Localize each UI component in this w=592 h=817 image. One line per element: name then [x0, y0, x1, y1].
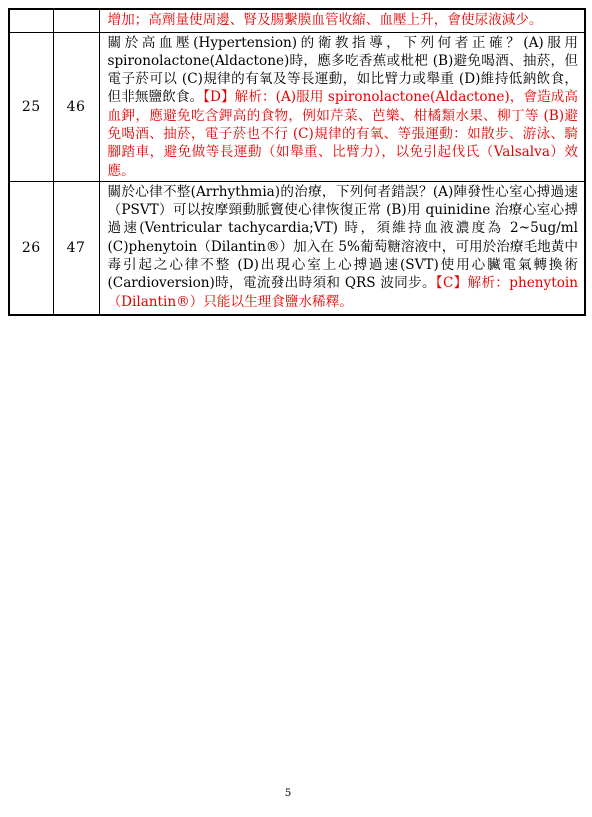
item-number-cell: 25: [9, 32, 53, 181]
question-content-cell: 關於心律不整(Arrhythmia)的治療，下列何者錯誤？(A)陣發性心室心搏過…: [99, 181, 585, 315]
answer-explanation-text: 增加；高劑量使周邊、腎及腸繫膜血管收縮、血壓上升，會使尿液減少。: [108, 12, 543, 28]
question-number-cell: 47: [53, 181, 99, 315]
table-row-q26: 26 47 關於心律不整(Arrhythmia)的治療，下列何者錯誤？(A)陣發…: [9, 181, 585, 315]
document-page: 增加；高劑量使周邊、腎及腸繫膜血管收縮、血壓上升，會使尿液減少。 25 46 關…: [0, 0, 592, 817]
table-row-carryover: 增加；高劑量使周邊、腎及腸繫膜血管收縮、血壓上升，會使尿液減少。: [9, 9, 585, 32]
question-table: 增加；高劑量使周邊、腎及腸繫膜血管收縮、血壓上升，會使尿液減少。 25 46 關…: [8, 8, 586, 316]
item-number-cell: [9, 9, 53, 32]
question-number-cell: 46: [53, 32, 99, 181]
question-content-cell: 增加；高劑量使周邊、腎及腸繫膜血管收縮、血壓上升，會使尿液減少。: [99, 9, 585, 32]
page-number: 5: [0, 788, 576, 799]
question-number-cell: [53, 9, 99, 32]
question-content-cell: 關於高血壓(Hypertension)的衛教指導，下列何者正確？(A)服用 sp…: [99, 32, 585, 181]
item-number-cell: 26: [9, 181, 53, 315]
table-row-q25: 25 46 關於高血壓(Hypertension)的衛教指導，下列何者正確？(A…: [9, 32, 585, 181]
